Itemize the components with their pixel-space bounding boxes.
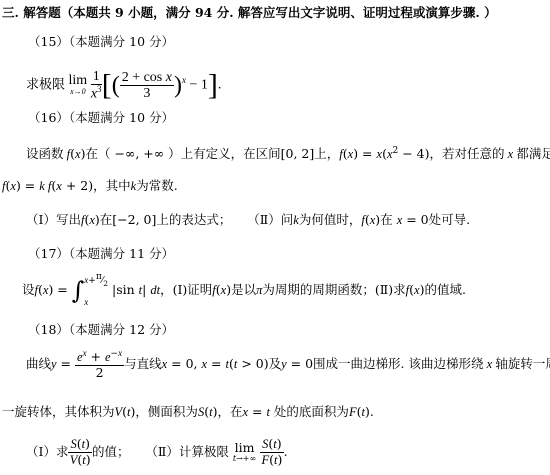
problem-15-prompt: 求极限 xyxy=(26,78,65,93)
problem-18-line2: 一旋转体，其体积为V(t)，侧面积为S(t)，在x = t 处的底面积为F(t)… xyxy=(2,402,374,420)
problem-16-line2: f(x) = k f(x + 2)，其中k为常数. xyxy=(2,176,178,194)
problem-17-body: 设f(x) = ∫x+π⁄2x |sin t| dt，(Ⅰ)证明f(x)是以π为… xyxy=(22,270,466,310)
problem-15-header: （15）（本题满分 10 分） xyxy=(28,32,174,50)
problem-16-header: （16）（本题满分 10 分） xyxy=(28,108,174,126)
problem-18-parts: （Ⅰ）求S(t)V(t)的值； （Ⅱ）计算极限 limt→+∞ S(t)F(t)… xyxy=(26,430,288,474)
problem-15-body: 求极限 limx→0 1x3[(2 + cos x3)x − 1]. xyxy=(26,56,221,104)
problem-17-header: （17）（本题满分 11 分） xyxy=(28,244,174,262)
problem-18-line1: 曲线y = ex + e−x2与直线x = 0, x = t(t > 0)及y … xyxy=(26,342,550,386)
problem-16-line1: 设函数 f(x)在（ −∞, +∞ ）上有定义，在区间[0, 2]上，f(x) … xyxy=(26,144,550,162)
problem-16-parts: （Ⅰ）写出f(x)在[−2, 0]上的表达式； （Ⅱ）问k为何值时，f(x)在 … xyxy=(26,210,470,228)
problem-18-header: （18）（本题满分 12 分） xyxy=(28,320,174,338)
lim-subscript: x→0 xyxy=(69,88,88,96)
section-title: 三. 解答题（本题共 9 小题，满分 94 分. 解答应写出文字说明、证明过程或… xyxy=(2,3,497,21)
